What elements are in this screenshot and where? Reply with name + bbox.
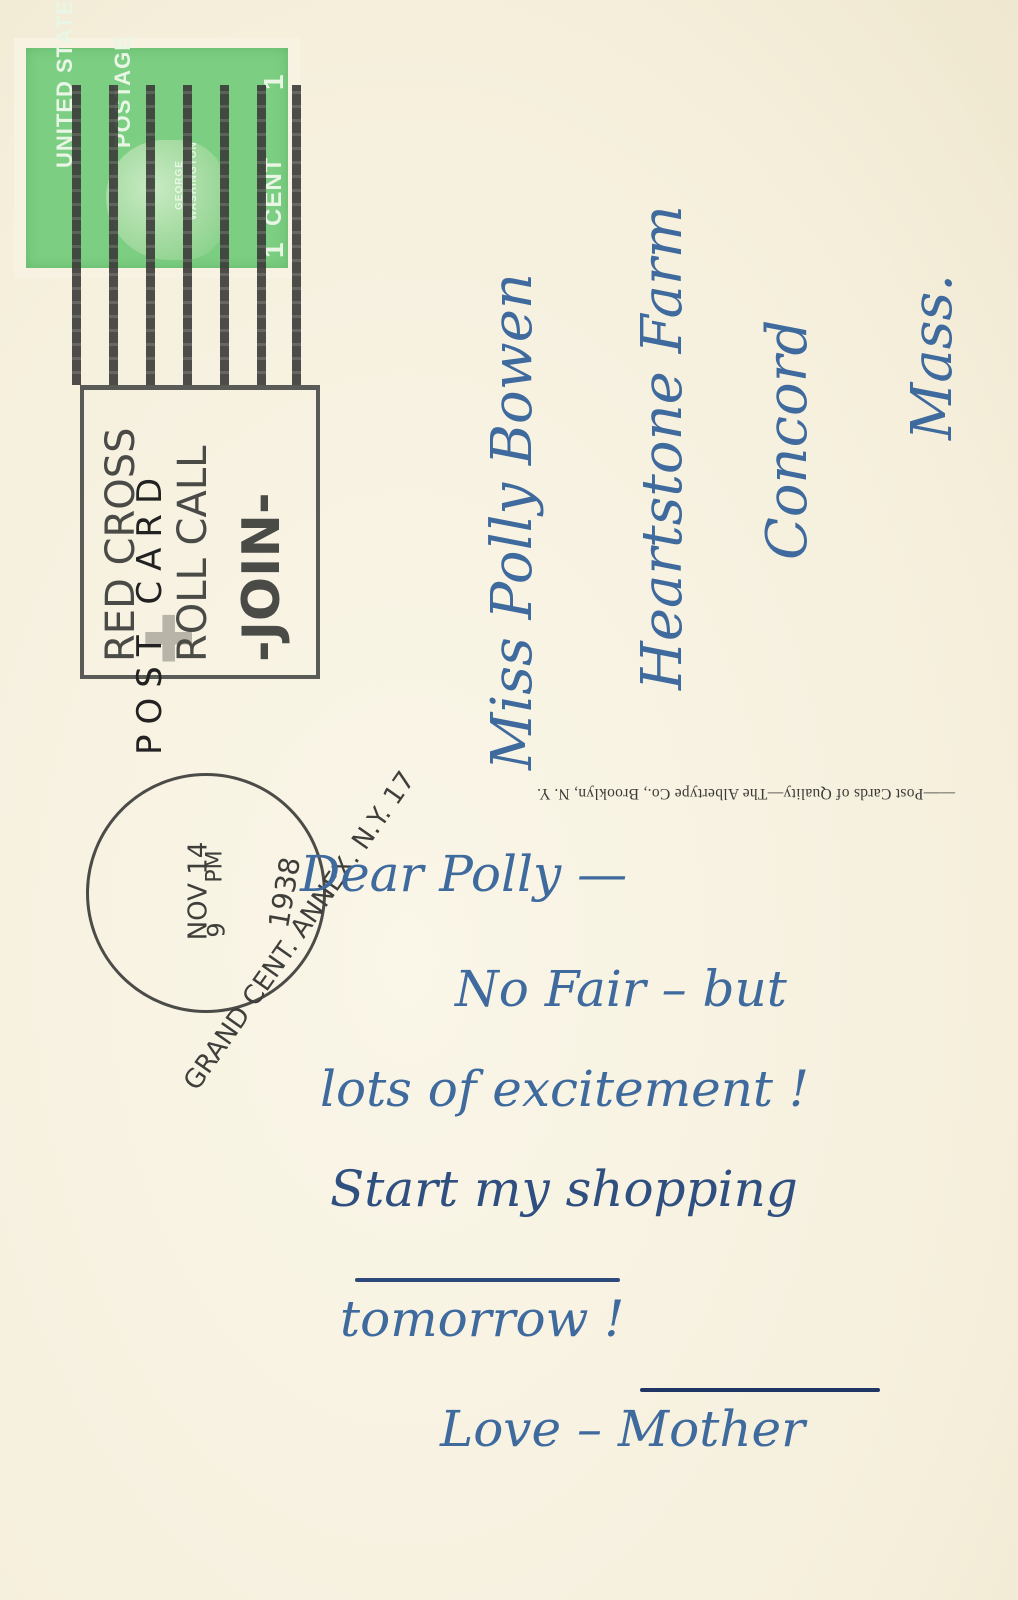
slogan-line-3: -JOIN- [232,492,292,662]
underline-stroke [355,1278,620,1282]
cancellation-bars [64,85,304,395]
publisher-credit: ——Post Cards of Quality—The Albertype Co… [330,784,955,802]
slogan-line-2: ROLL CALL [170,446,216,662]
address-line-farm: Heartstone Farm [630,205,695,690]
message-line-4: tomorrow ! [340,1290,624,1348]
message-salutation: Dear Polly — [300,845,627,903]
postmark-circle: GRAND CENT. ANNEX. N.Y. 17 NOV 14 9 PM 1… [86,773,326,1013]
address-line-state: Mass. [900,274,965,440]
message-closing: Love – Mother [440,1400,805,1458]
cancel-slogan-box: RED CROSS ✚ ROLL CALL -JOIN- [80,385,320,679]
postmark-ampm: PM [203,850,228,882]
address-line-city: Concord [755,320,820,560]
message-line-3: Start my shopping [330,1160,798,1218]
post-card-label: POST CARD [130,468,170,755]
message-line-2: lots of excitement ! [320,1060,809,1118]
message-line-1: No Fair – but [455,960,787,1018]
postmark-time: 9 [203,922,231,937]
postcard-back: UNITED STATES POSTAGE GEORGE WASHINGTON … [0,0,1018,1600]
address-line-name: Miss Polly Bowen [480,273,545,770]
signature-stroke [640,1388,880,1392]
